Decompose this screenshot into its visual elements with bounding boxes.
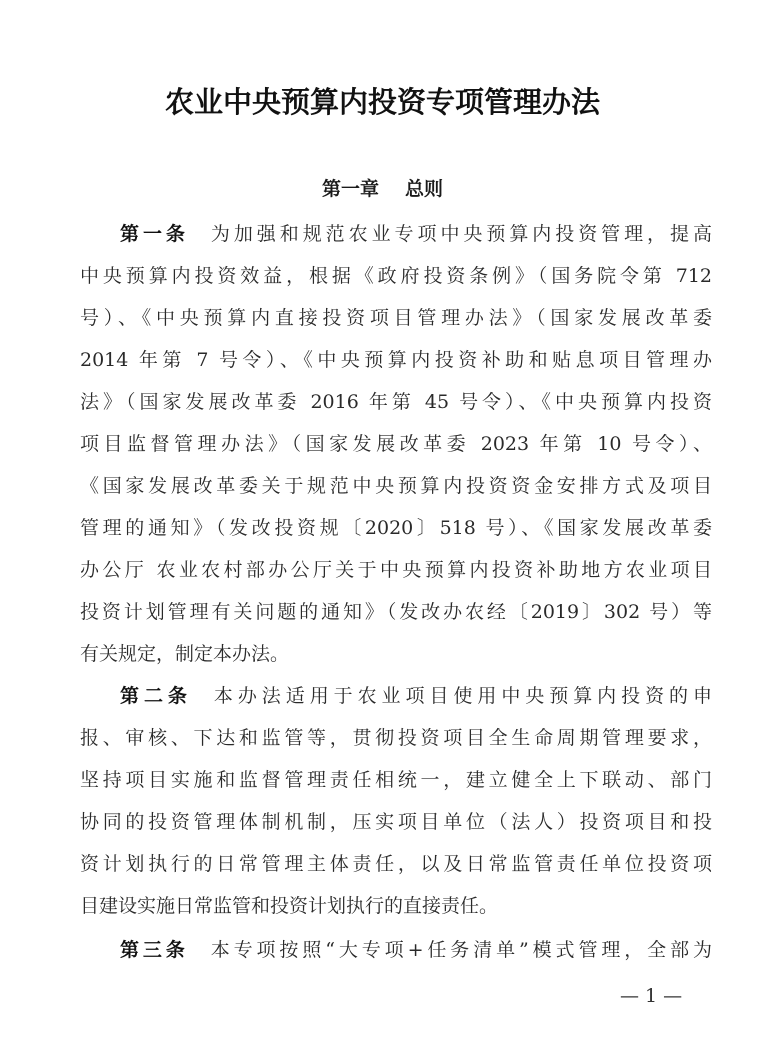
article-1-line-5: 法》（国家发展改革委 2016 年第 45 号令）、《中央预算内投资 (80, 382, 712, 422)
article-1-line-11: 有关规定，制定本办法。 (80, 634, 712, 674)
document-title: 农业中央预算内投资专项管理办法 (0, 80, 765, 121)
article-1-line-7: 《国家发展改革委关于规范中央预算内投资资金安排方式及项目 (80, 466, 712, 506)
article-2-line-4: 协同的投资管理体制机制，压实项目单位（法人）投资项目和投 (80, 802, 712, 842)
chapter-heading: 第一章总则 (0, 174, 765, 201)
article-2-text: 本办法适用于农业项目使用中央预算内投资的申 (214, 685, 712, 707)
article-2-line-5: 资计划执行的日常管理主体责任，以及日常监管责任单位投资项 (80, 844, 712, 884)
page-number: — 1 — (620, 985, 682, 1007)
article-1-line-4: 2014 年第 7 号令）、《中央预算内投资补助和贴息项目管理办 (80, 340, 712, 380)
article-3-line-1: 第三条本专项按照“大专项+任务清单”模式管理，全部为 (120, 930, 712, 970)
article-1-label: 第一条 (120, 223, 189, 245)
article-1-line-2: 中央预算内投资效益，根据《政府投资条例》（国务院令第 712 (80, 256, 712, 296)
article-1-line-8: 管理的通知》（发改投资规〔2020〕518 号）、《国家发展改革委 (80, 508, 712, 548)
chapter-name: 总则 (405, 178, 443, 200)
article-3-text: 本专项按照“大专项+任务清单”模式管理，全部为 (211, 939, 712, 961)
article-1-line-1: 第一条为加强和规范农业专项中央预算内投资管理，提高 (120, 214, 712, 254)
document-page: 农业中央预算内投资专项管理办法 第一章总则 第一条为加强和规范农业专项中央预算内… (0, 0, 765, 1045)
article-1-line-9: 办公厅 农业农村部办公厅关于中央预算内投资补助地方农业项目 (80, 550, 712, 590)
article-2-label: 第二条 (120, 685, 192, 707)
article-2-line-3: 坚持项目实施和监督管理责任相统一，建立健全上下联动、部门 (80, 760, 712, 800)
article-1-line-3: 号）、《中央预算内直接投资项目管理办法》（国家发展改革委 (80, 298, 712, 338)
article-1-text: 为加强和规范农业专项中央预算内投资管理，提高 (211, 223, 712, 245)
article-1-line-6: 项目监督管理办法》（国家发展改革委 2023 年第 10 号令）、 (80, 424, 712, 464)
article-2-line-2: 报、审核、下达和监管等，贯彻投资项目全生命周期管理要求， (80, 718, 712, 758)
chapter-number: 第一章 (322, 178, 379, 200)
article-1-line-10: 投资计划管理有关问题的通知》（发改办农经〔2019〕302 号）等 (80, 592, 712, 632)
article-2-line-1: 第二条本办法适用于农业项目使用中央预算内投资的申 (120, 676, 712, 716)
article-2-line-6: 目建设实施日常监管和投资计划执行的直接责任。 (80, 886, 712, 926)
article-3-label: 第三条 (120, 939, 189, 961)
